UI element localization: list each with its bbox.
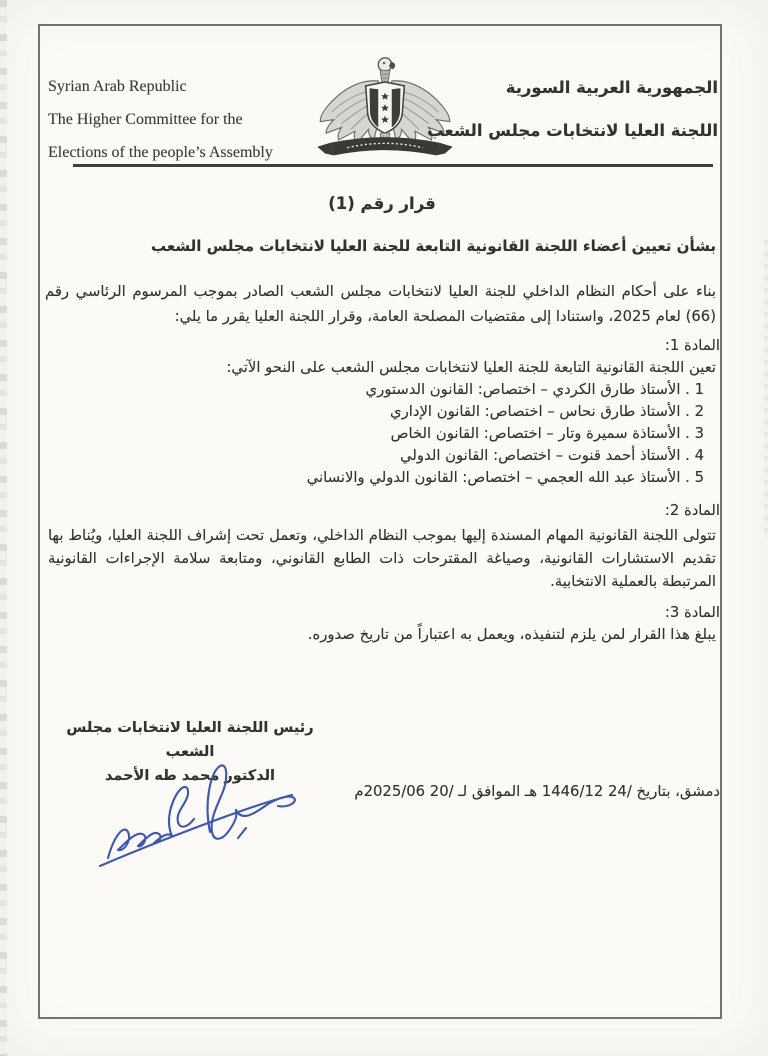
letterhead-arabic-line: الجمهورية العربية السورية [427, 78, 718, 97]
header-divider-rule [73, 164, 713, 167]
preamble-paragraph: بناء على أحكام النظام الداخلي للجنة العل… [45, 279, 716, 329]
scan-edge-artifact [764, 240, 768, 540]
gregorian-date: 2025/06 [364, 783, 425, 800]
article-3-heading: المادة 3: [665, 604, 720, 621]
decision-title: قرار رقم (1) [38, 194, 726, 213]
letterhead-arabic-line: اللجنة العليا لانتخابات مجلس الشعب [427, 121, 718, 140]
article-1-intro: تعين اللجنة القانونية التابعة للجنة العل… [226, 359, 716, 376]
letterhead-english-line: The Higher Committee for the [48, 103, 273, 136]
member-list-item: 4 . الأستاذ أحمد قنوت – اختصاص: القانون … [400, 447, 704, 464]
letterhead-english-line: Syrian Arab Republic [48, 70, 273, 103]
hijri-date: 1446/12 [542, 783, 603, 800]
member-list-item: 5 . الأستاذ عبد الله العجمي – اختصاص: ال… [307, 469, 704, 486]
member-list-item: 1 . الأستاذ طارق الكردي – اختصاص: القانو… [365, 381, 704, 398]
letterhead-english: Syrian Arab Republic The Higher Committe… [48, 70, 273, 169]
article-2-heading: المادة 2: [665, 502, 720, 519]
scan-edge-artifact [0, 0, 7, 1056]
gregorian-day: 20/ [430, 783, 454, 800]
member-list-item: 2 . الأستاذ طارق نحاس – اختصاص: القانون … [390, 403, 704, 420]
decision-subtitle: بشأن تعيين أعضاء اللجنة القانونية التابع… [151, 237, 716, 255]
date-prefix: دمشق، بتاريخ [637, 783, 720, 800]
letterhead-arabic: الجمهورية العربية السورية اللجنة العليا … [427, 78, 718, 140]
article-3-body: يبلغ هذا القرار لمن يلزم لتنفيذه، ويعمل … [308, 626, 716, 643]
scanned-decree-document: Syrian Arab Republic The Higher Committe… [0, 0, 768, 1056]
signature-handwriting-icon [92, 742, 307, 874]
date-middle: هـ الموافق لـ [458, 783, 537, 800]
member-list-item: 3 . الأستاذة سميرة وتار – اختصاص: القانو… [391, 425, 704, 442]
article-2-body: تتولى اللجنة القانونية المهام المسندة إل… [48, 524, 716, 593]
date-line: دمشق، بتاريخ 24/ 1446/12 هـ الموافق لـ 2… [354, 783, 720, 800]
date-suffix: م [354, 783, 363, 800]
hijri-day: 24/ [608, 783, 632, 800]
article-1-heading: المادة 1: [665, 337, 720, 354]
